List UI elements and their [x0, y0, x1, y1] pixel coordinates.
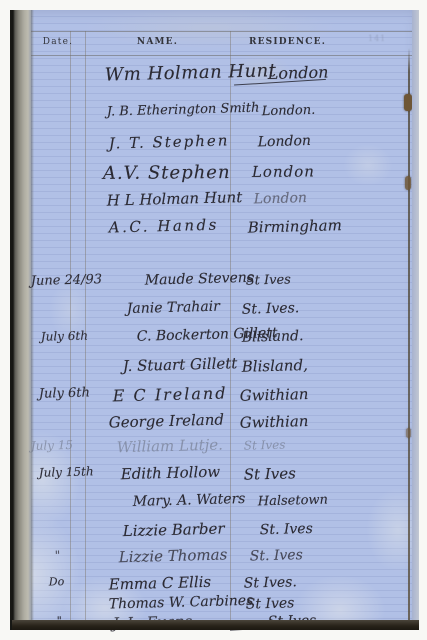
entry-residence: Gwithian — [232, 412, 309, 432]
entry-residence: Birmingham — [232, 216, 343, 237]
entry-residence: St Ives — [232, 464, 296, 484]
table-row: Wm Holman HuntLondon — [31, 65, 412, 91]
entry-name: Janie Trahair — [91, 299, 220, 318]
table-row: J. B. Etherington SmithLondon. — [31, 105, 412, 131]
entry-name: George Ireland — [91, 411, 225, 432]
entry-name: A.C. Hands — [91, 216, 220, 237]
binding-knot — [404, 94, 412, 111]
entry-residence: Blisland, — [232, 356, 309, 376]
entry-residence: London. — [232, 103, 316, 120]
table-row: J. Stuart GillettBlisland, — [31, 358, 412, 384]
table-row: A.V. StephenLondon — [31, 163, 412, 189]
entry-residence: St. Ives — [232, 547, 303, 565]
entries: Wm Holman HuntLondonJ. B. Etherington Sm… — [31, 10, 412, 622]
table-row: July 6thE C IrelandGwithian — [31, 387, 412, 413]
table-row: J. T. StephenLondon — [31, 135, 412, 161]
entry-residence: St Ives — [232, 595, 295, 613]
table-row: "Lizzie ThomasSt. Ives — [31, 549, 412, 575]
entry-name: Lizzie Barber — [91, 520, 225, 541]
entry-name: E C Ireland — [91, 383, 228, 406]
table-row: June 24/93Maude StevensSt Ives — [31, 274, 412, 300]
table-row: H L Holman HuntLondon — [31, 192, 412, 218]
entry-residence: St Ives — [232, 438, 286, 453]
book-binding-gutter — [10, 10, 31, 630]
entry-name: A.V. Stephen — [91, 162, 231, 184]
entry-residence: St. Ives. — [232, 300, 300, 318]
table-row: Mary. A. WatersHalsetown — [31, 495, 412, 521]
ledger-photo: Date. NAME. RESIDENCE. 141 Wm Holman Hun… — [10, 10, 419, 630]
entry-name: J. T. Stephen — [91, 131, 230, 153]
page-edge-sliver — [412, 10, 419, 630]
entry-name: Thomas W. Carbines — [91, 593, 254, 613]
entry-name: Edith Hollow — [91, 463, 221, 484]
table-row: A.C. HandsBirmingham — [31, 219, 412, 245]
table-row: July 15thEdith HollowSt Ives — [31, 466, 412, 492]
table-row: July 6thC. Bockerton GillettBlisland. — [31, 330, 412, 356]
entry-name: H L Holman Hunt — [91, 188, 243, 210]
entry-name: Lizzie Thomas — [91, 545, 228, 567]
entry-name: J. Stuart Gillett — [91, 354, 238, 376]
table-row: Janie TrahairSt. Ives. — [31, 302, 412, 328]
entry-residence: Halsetown — [232, 492, 329, 510]
binding-knot — [406, 428, 411, 438]
book-bottom-edge — [12, 620, 419, 630]
entry-residence: London — [232, 133, 312, 151]
entry-residence: St Ives — [232, 272, 291, 289]
entry-name: Maude Stevens — [91, 270, 255, 290]
table-row: July 15William Lutje.St Ives — [31, 439, 412, 465]
page-edge-right-line — [408, 48, 410, 623]
entry-residence: St Ives. — [232, 574, 297, 592]
binding-knot — [405, 176, 411, 190]
entry-residence: London — [232, 190, 308, 208]
entry-residence: Blisland. — [232, 328, 304, 346]
entry-name: William Lutje. — [91, 436, 224, 457]
entry-residence: St. Ives — [232, 521, 313, 539]
entry-residence: London — [232, 162, 315, 181]
entry-name: Emma C Ellis — [91, 573, 212, 594]
entry-name: Mary. A. Waters — [91, 491, 246, 511]
entry-residence: Gwithian — [232, 385, 309, 405]
entry-residence: London — [232, 62, 329, 84]
